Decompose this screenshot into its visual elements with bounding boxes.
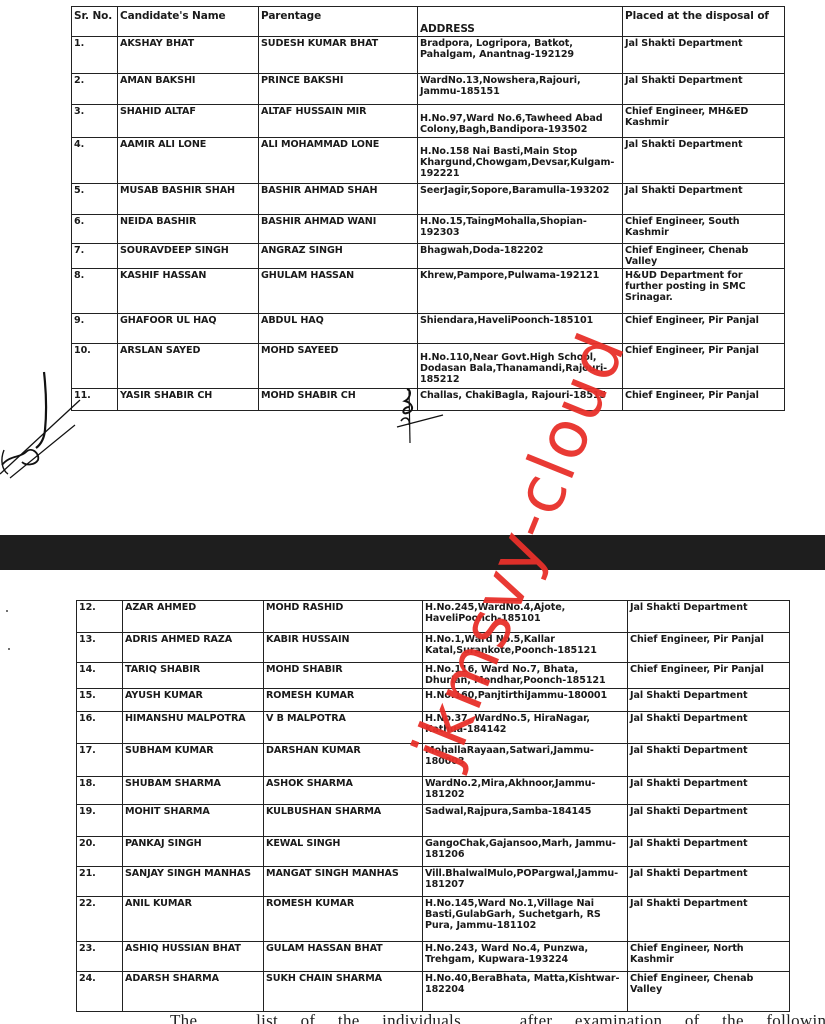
row-candidate-name: ADRIS AHMED RAZA — [123, 633, 264, 663]
row-disposal: Chief Engineer, Pir Panjal — [628, 663, 790, 689]
row-parentage: ANGRAZ SINGH — [259, 244, 418, 269]
row-address: Bradpora, Logripora, Batkot, Pahalgam, A… — [418, 37, 623, 74]
row-candidate-name: SOURAVDEEP SINGH — [118, 244, 259, 269]
row-sr-no: 18. — [77, 777, 123, 805]
row-candidate-name: AMAN BAKSHI — [118, 74, 259, 105]
row-candidate-name: PANKAJ SINGH — [123, 837, 264, 867]
row-candidate-name: AKSHAY BHAT — [118, 37, 259, 74]
table-row: 23.ASHIQ HUSSIAN BHATGULAM HASSAN BHATH.… — [77, 942, 790, 972]
row-disposal: Jal Shakti Department — [628, 744, 790, 777]
row-sr-no: 7. — [72, 244, 118, 269]
row-disposal: Jal Shakti Department — [628, 712, 790, 744]
row-sr-no: 4. — [72, 138, 118, 184]
row-sr-no: 21. — [77, 867, 123, 897]
row-disposal: Jal Shakti Department — [628, 897, 790, 942]
table-row: 18.SHUBAM SHARMAASHOK SHARMAWardNo.2,Mir… — [77, 777, 790, 805]
row-address: Vill.BhalwalMulo,POPargwal,Jammu-181207 — [423, 867, 628, 897]
row-disposal: Chief Engineer, Pir Panjal — [623, 389, 785, 411]
table-row: 17.SUBHAM KUMARDARSHAN KUMARMohallaRayaa… — [77, 744, 790, 777]
candidate-table-page-1: Sr. No. Candidate's Name Parentage ADDRE… — [71, 6, 785, 411]
row-parentage: DARSHAN KUMAR — [264, 744, 423, 777]
row-address: H.No.37, WardNo.5, HiraNagar, Kathua-184… — [423, 712, 628, 744]
header-address: ADDRESS — [418, 7, 623, 37]
row-candidate-name: KASHIF HASSAN — [118, 269, 259, 314]
row-disposal: Jal Shakti Department — [623, 74, 785, 105]
row-parentage: MOHD SHABIR — [264, 663, 423, 689]
table-row: 7.SOURAVDEEP SINGHANGRAZ SINGHBhagwah,Do… — [72, 244, 785, 269]
row-candidate-name: AAMIR ALI LONE — [118, 138, 259, 184]
row-parentage: KEWAL SINGH — [264, 837, 423, 867]
row-candidate-name: HIMANSHU MALPOTRA — [123, 712, 264, 744]
row-candidate-name: SANJAY SINGH MANHAS — [123, 867, 264, 897]
scan-speck — [6, 610, 8, 612]
table-row: 8.KASHIF HASSANGHULAM HASSANKhrew,Pampor… — [72, 269, 785, 314]
table-row: 22.ANIL KUMARROMESH KUMARH.No.145,Ward N… — [77, 897, 790, 942]
row-sr-no: 16. — [77, 712, 123, 744]
row-address: H.No.158 Nai Basti,Main Stop Khargund,Ch… — [418, 138, 623, 184]
row-parentage: V B MALPOTRA — [264, 712, 423, 744]
row-parentage: BASHIR AHMAD SHAH — [259, 184, 418, 215]
page-divider-bar — [0, 535, 825, 571]
row-parentage: ASHOK SHARMA — [264, 777, 423, 805]
table-row: 12.AZAR AHMEDMOHD RASHIDH.No.245,WardNo.… — [77, 601, 790, 633]
row-address: H.No.116, Ward No.7, Bhata, Dhurian, Men… — [423, 663, 628, 689]
table-row: 10.ARSLAN SAYEDMOHD SAYEEDH.No.110,Near … — [72, 344, 785, 389]
row-candidate-name: MOHIT SHARMA — [123, 805, 264, 837]
table-row: 14.TARIQ SHABIRMOHD SHABIRH.No.116, Ward… — [77, 663, 790, 689]
table-row: 5.MUSAB BASHIR SHAHBASHIR AHMAD SHAHSeer… — [72, 184, 785, 215]
row-parentage: MANGAT SINGH MANHAS — [264, 867, 423, 897]
table-row: 19.MOHIT SHARMAKULBUSHAN SHARMASadwal,Ra… — [77, 805, 790, 837]
row-disposal: Chief Engineer, Pir Panjal — [623, 344, 785, 389]
row-address: H.No.15,TaingMohalla,Shopian-192303 — [418, 215, 623, 244]
row-address: H.No.40,BeraBhata, Matta,Kishtwar-182204 — [423, 972, 628, 1012]
table-row: 20.PANKAJ SINGHKEWAL SINGHGangoChak,Gaja… — [77, 837, 790, 867]
row-parentage: SUDESH KUMAR BHAT — [259, 37, 418, 74]
table-row: 6.NEIDA BASHIRBASHIR AHMAD WANIH.No.15,T… — [72, 215, 785, 244]
row-address: H.No.243, Ward No.4, Punzwa, Trehgam, Ku… — [423, 942, 628, 972]
row-parentage: ROMESH KUMAR — [264, 897, 423, 942]
row-address: Shiendara,HaveliPoonch-185101 — [418, 314, 623, 344]
row-address: H.No.97,Ward No.6,Tawheed Abad Colony,Ba… — [418, 105, 623, 138]
row-parentage: GHULAM HASSAN — [259, 269, 418, 314]
row-parentage: BASHIR AHMAD WANI — [259, 215, 418, 244]
row-disposal: H&UD Department for further posting in S… — [623, 269, 785, 314]
row-parentage: ALTAF HUSSAIN MIR — [259, 105, 418, 138]
row-parentage: MOHD RASHID — [264, 601, 423, 633]
row-sr-no: 23. — [77, 942, 123, 972]
row-candidate-name: GHAFOOR UL HAQ — [118, 314, 259, 344]
row-candidate-name: SHUBAM SHARMA — [123, 777, 264, 805]
table-row: 21.SANJAY SINGH MANHASMANGAT SINGH MANHA… — [77, 867, 790, 897]
row-sr-no: 6. — [72, 215, 118, 244]
row-parentage: ALI MOHAMMAD LONE — [259, 138, 418, 184]
row-parentage: PRINCE BAKSHI — [259, 74, 418, 105]
header-parentage: Parentage — [259, 7, 418, 37]
row-address: MohallaRayaan,Satwari,Jammu-180003 — [423, 744, 628, 777]
row-disposal: Chief Engineer, MH&ED Kashmir — [623, 105, 785, 138]
header-disposal: Placed at the disposal of — [623, 7, 785, 37]
document-page-1: Sr. No. Candidate's Name Parentage ADDRE… — [0, 0, 825, 535]
row-sr-no: 1. — [72, 37, 118, 74]
row-address: Bhagwah,Doda-182202 — [418, 244, 623, 269]
row-parentage: ROMESH KUMAR — [264, 689, 423, 712]
signature-middle-icon — [395, 385, 475, 445]
row-sr-no: 24. — [77, 972, 123, 1012]
row-sr-no: 12. — [77, 601, 123, 633]
row-sr-no: 19. — [77, 805, 123, 837]
row-parentage: MOHD SHABIR CH — [259, 389, 418, 411]
table-row: 4.AAMIR ALI LONEALI MOHAMMAD LONEH.No.15… — [72, 138, 785, 184]
row-parentage: GULAM HASSAN BHAT — [264, 942, 423, 972]
row-address: WardNo.2,Mira,Akhnoor,Jammu-181202 — [423, 777, 628, 805]
row-candidate-name: MUSAB BASHIR SHAH — [118, 184, 259, 215]
row-disposal: Jal Shakti Department — [623, 37, 785, 74]
row-disposal: Chief Engineer, Chenab Valley — [623, 244, 785, 269]
row-sr-no: 2. — [72, 74, 118, 105]
table-header-row: Sr. No. Candidate's Name Parentage ADDRE… — [72, 7, 785, 37]
row-candidate-name: ANIL KUMAR — [123, 897, 264, 942]
table-row: 2.AMAN BAKSHIPRINCE BAKSHIWardNo.13,Nows… — [72, 74, 785, 105]
document-page-2: 12.AZAR AHMEDMOHD RASHIDH.No.245,WardNo.… — [0, 570, 825, 1024]
row-sr-no: 15. — [77, 689, 123, 712]
table-row: 24.ADARSH SHARMASUKH CHAIN SHARMAH.No.40… — [77, 972, 790, 1012]
row-sr-no: 5. — [72, 184, 118, 215]
row-candidate-name: SHAHID ALTAF — [118, 105, 259, 138]
row-candidate-name: ASHIQ HUSSIAN BHAT — [123, 942, 264, 972]
row-disposal: Chief Engineer, South Kashmir — [623, 215, 785, 244]
row-address: WardNo.13,Nowshera,Rajouri, Jammu-185151 — [418, 74, 623, 105]
header-sr-no: Sr. No. — [72, 7, 118, 37]
row-disposal: Jal Shakti Department — [628, 601, 790, 633]
table-row: 3.SHAHID ALTAFALTAF HUSSAIN MIRH.No.97,W… — [72, 105, 785, 138]
row-disposal: Chief Engineer, Chenab Valley — [628, 972, 790, 1012]
row-candidate-name: NEIDA BASHIR — [118, 215, 259, 244]
row-sr-no: 13. — [77, 633, 123, 663]
candidate-table-page-2: 12.AZAR AHMEDMOHD RASHIDH.No.245,WardNo.… — [76, 600, 790, 1012]
row-address: H.No.145,Ward No.1,Village Nai Basti,Gul… — [423, 897, 628, 942]
row-candidate-name: TARIQ SHABIR — [123, 663, 264, 689]
row-parentage: ABDUL HAQ — [259, 314, 418, 344]
row-address: Khrew,Pampore,Pulwama-192121 — [418, 269, 623, 314]
row-sr-no: 14. — [77, 663, 123, 689]
row-disposal: Jal Shakti Department — [628, 837, 790, 867]
row-disposal: Jal Shakti Department — [628, 689, 790, 712]
row-candidate-name: YASIR SHABIR CH — [118, 389, 259, 411]
row-sr-no: 17. — [77, 744, 123, 777]
row-candidate-name: ADARSH SHARMA — [123, 972, 264, 1012]
row-disposal: Chief Engineer, Pir Panjal — [628, 633, 790, 663]
row-sr-no: 20. — [77, 837, 123, 867]
row-sr-no: 8. — [72, 269, 118, 314]
row-address: GangoChak,Gajansoo,Marh, Jammu-181206 — [423, 837, 628, 867]
signature-left-icon — [0, 370, 90, 480]
row-address: H.No.245,WardNo.4,Ajote, HaveliPoonch-18… — [423, 601, 628, 633]
row-address: H.No.1,Ward No.5,Kallar Katal,Surankote,… — [423, 633, 628, 663]
row-disposal: Jal Shakti Department — [628, 777, 790, 805]
row-disposal: Jal Shakti Department — [628, 867, 790, 897]
row-sr-no: 22. — [77, 897, 123, 942]
row-address: H.No.110,Near Govt.High School, Dodasan … — [418, 344, 623, 389]
table-row: 16.HIMANSHU MALPOTRAV B MALPOTRAH.No.37,… — [77, 712, 790, 744]
row-candidate-name: ARSLAN SAYED — [118, 344, 259, 389]
row-disposal: Jal Shakti Department — [628, 805, 790, 837]
row-parentage: KABIR HUSSAIN — [264, 633, 423, 663]
scan-speck — [8, 648, 10, 650]
header-candidate-name: Candidate's Name — [118, 7, 259, 37]
row-candidate-name: AYUSH KUMAR — [123, 689, 264, 712]
footer-paragraph-text: The ... list of the individuals ... afte… — [170, 1011, 820, 1024]
row-sr-no: 3. — [72, 105, 118, 138]
row-disposal: Jal Shakti Department — [623, 184, 785, 215]
row-parentage: SUKH CHAIN SHARMA — [264, 972, 423, 1012]
table-row: 9.GHAFOOR UL HAQABDUL HAQShiendara,Havel… — [72, 314, 785, 344]
row-candidate-name: AZAR AHMED — [123, 601, 264, 633]
row-disposal: Jal Shakti Department — [623, 138, 785, 184]
row-address: SeerJagir,Sopore,Baramulla-193202 — [418, 184, 623, 215]
row-sr-no: 9. — [72, 314, 118, 344]
row-candidate-name: SUBHAM KUMAR — [123, 744, 264, 777]
row-parentage: KULBUSHAN SHARMA — [264, 805, 423, 837]
row-parentage: MOHD SAYEED — [259, 344, 418, 389]
table-row: 13.ADRIS AHMED RAZAKABIR HUSSAINH.No.1,W… — [77, 633, 790, 663]
row-address: Sadwal,Rajpura,Samba-184145 — [423, 805, 628, 837]
row-disposal: Chief Engineer, North Kashmir — [628, 942, 790, 972]
row-address: H.No.160,PanjtirthiJammu-180001 — [423, 689, 628, 712]
table-row: 15.AYUSH KUMARROMESH KUMARH.No.160,Panjt… — [77, 689, 790, 712]
row-disposal: Chief Engineer, Pir Panjal — [623, 314, 785, 344]
table-row: 1.AKSHAY BHATSUDESH KUMAR BHATBradpora, … — [72, 37, 785, 74]
